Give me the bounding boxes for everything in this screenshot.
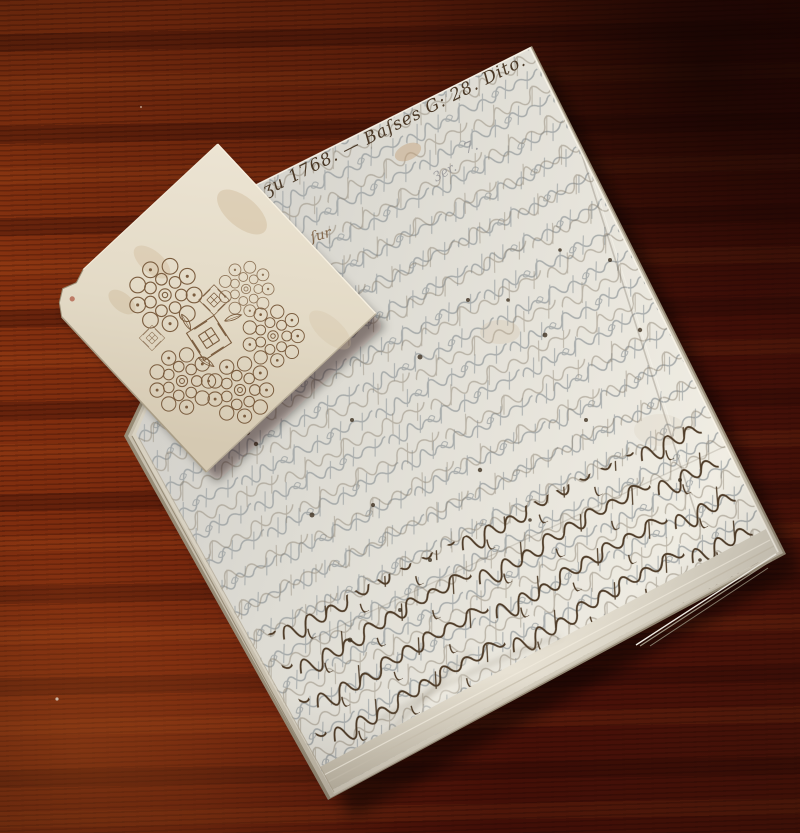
letter-photo: 7. 3er. ſur ʒu 1768. — Baſses G: 28. Dit… [0,0,800,833]
dust-specks [55,106,142,701]
photo-scene: 7. 3er. ſur ʒu 1768. — Baſses G: 28. Dit… [0,0,800,833]
